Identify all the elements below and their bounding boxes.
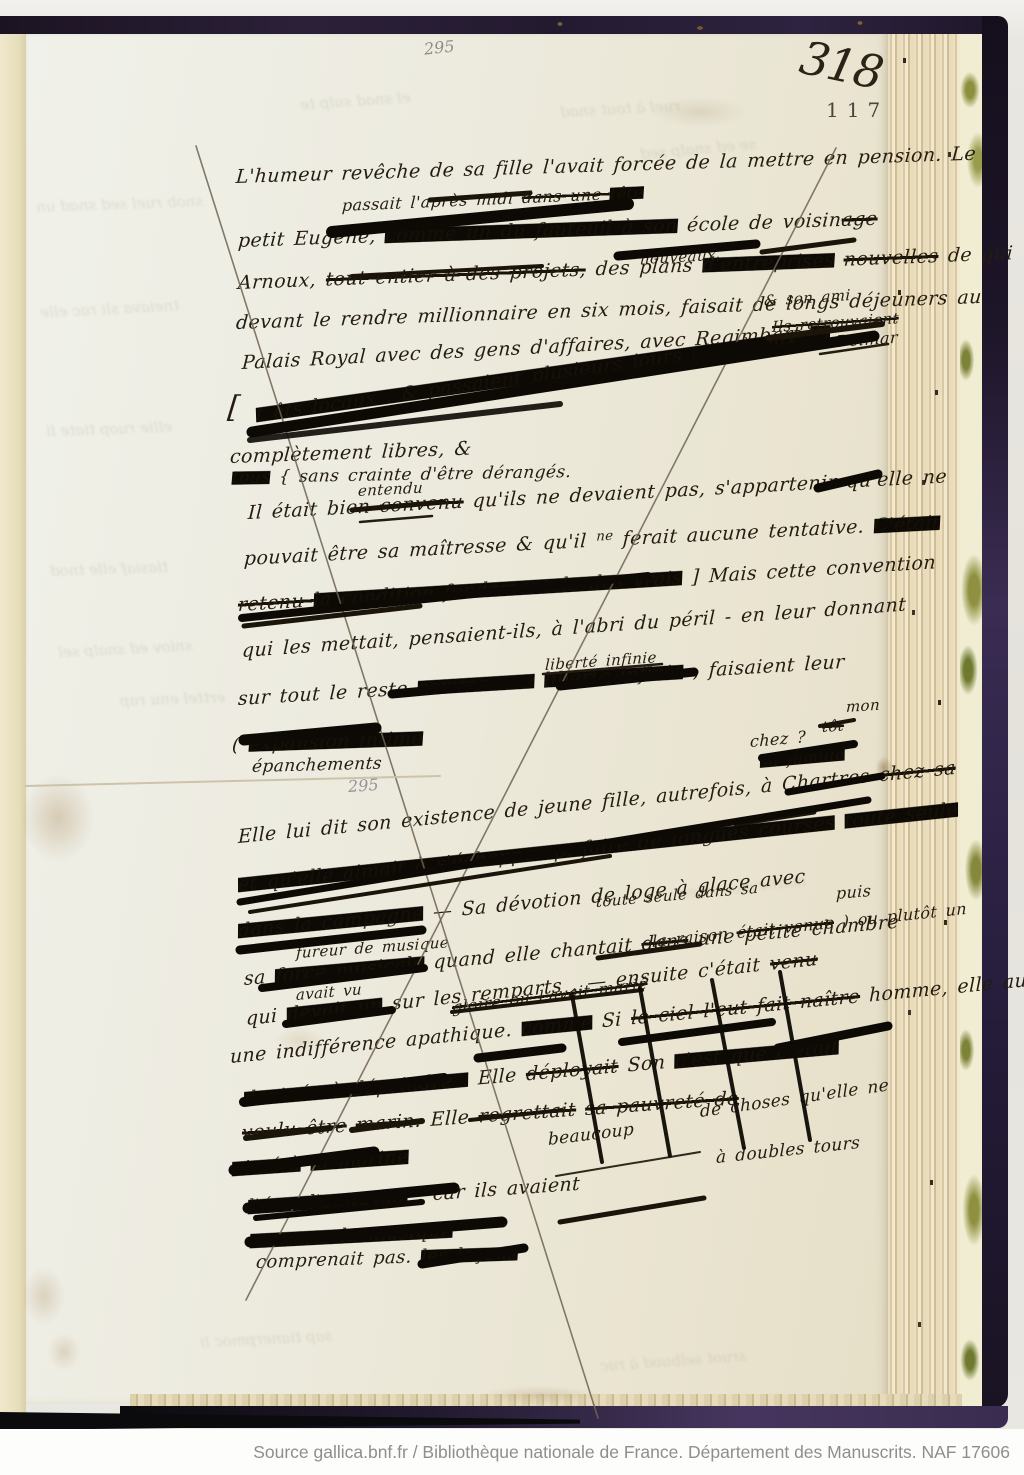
- marbled-endpaper: [960, 30, 984, 1408]
- page-edges-stack: [888, 30, 962, 1402]
- pencil-number-top: 295: [423, 36, 455, 58]
- pencil-number-middle: 295: [347, 775, 379, 796]
- book-cover-right-edge: [982, 16, 1008, 1408]
- folio-number-stamp: 117: [826, 98, 888, 122]
- source-caption-bar: Source gallica.bnf.fr / Bibliothèque nat…: [0, 1429, 1024, 1475]
- page-edge-specks: [0, 0, 3, 5]
- gallica-scan: snob ruel sed snad untneiava sli rac ell…: [0, 0, 1024, 1475]
- book-cover-top-edge: [0, 16, 1004, 34]
- manuscript-photo: snob ruel sed snad untneiava sli rac ell…: [0, 0, 1024, 1429]
- underlying-page-edge: [0, 22, 26, 1414]
- source-caption-text: Source gallica.bnf.fr / Bibliothèque nat…: [253, 1442, 1010, 1462]
- manuscript-page: [26, 30, 888, 1404]
